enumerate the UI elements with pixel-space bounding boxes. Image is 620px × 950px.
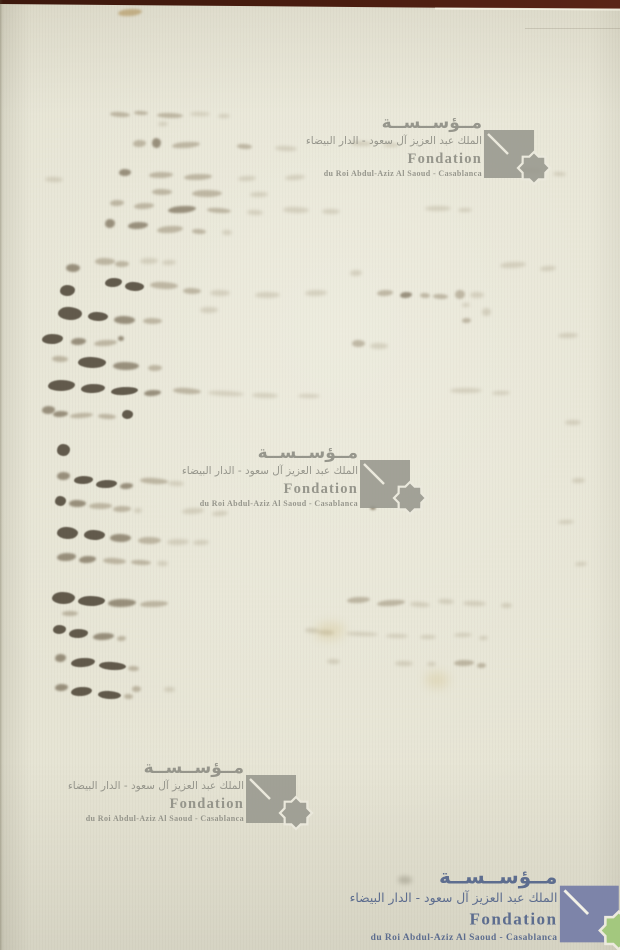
ink-mark: [164, 687, 175, 692]
ink-mark: [115, 261, 129, 267]
ink-mark: [238, 176, 256, 182]
ink-mark: [298, 394, 320, 398]
ink-mark: [134, 508, 142, 513]
ink-mark: [124, 694, 133, 699]
ink-mark: [420, 293, 430, 299]
ink-mark: [479, 636, 488, 640]
ink-mark: [327, 659, 340, 664]
ink-mark: [450, 388, 482, 393]
ink-mark: [119, 169, 131, 176]
ink-mark: [255, 292, 280, 298]
ink-mark: [558, 520, 574, 525]
watermark-text-block: مــؤســســة الملك عبد العزيز آل سعود - ا…: [190, 445, 358, 508]
watermark-french-title: Fondation: [190, 481, 358, 498]
ink-mark: [66, 264, 80, 272]
ink-mark: [386, 634, 408, 638]
watermark-arabic-title: مــؤســســة: [359, 868, 557, 889]
ink-mark: [105, 219, 115, 228]
ink-mark: [420, 635, 436, 639]
ink-mark: [52, 356, 68, 363]
ink-mark: [117, 636, 126, 642]
ink-mark: [98, 690, 122, 700]
ink-mark: [55, 684, 68, 692]
ink-mark: [110, 111, 130, 117]
ink-mark: [463, 601, 486, 607]
watermark-text-block: مــؤســســة الملك عبد العزيز آل سعود - ا…: [76, 760, 244, 823]
ink-mark: [138, 537, 161, 544]
ink-mark: [492, 391, 510, 395]
ink-mark: [144, 389, 161, 396]
ink-mark: [400, 292, 412, 299]
foundation-watermark-middle: مــؤســســة الملك عبد العزيز آل سعود - ا…: [190, 445, 428, 520]
ink-mark: [152, 138, 162, 148]
ink-mark: [424, 671, 449, 689]
ink-mark: [150, 281, 178, 289]
ink-mark: [168, 205, 196, 214]
ink-mark: [173, 387, 201, 395]
ink-mark: [157, 225, 183, 234]
ink-mark: [134, 202, 154, 209]
ink-mark: [113, 506, 131, 512]
ink-mark: [275, 145, 297, 151]
ink-mark: [125, 281, 145, 291]
ink-mark: [347, 596, 370, 603]
ink-mark: [93, 632, 114, 640]
ink-mark: [572, 478, 585, 483]
ink-mark: [210, 290, 230, 296]
watermark-arabic-subtitle: الملك عبد العزيز آل سعود - الدار البيضاء: [190, 465, 358, 478]
ink-mark: [71, 686, 93, 696]
ink-mark: [140, 258, 158, 264]
ink-mark: [53, 411, 68, 418]
watermark-arabic-title: مــؤســســة: [76, 760, 244, 778]
ink-mark: [52, 592, 75, 604]
ink-mark: [95, 258, 115, 265]
ink-mark: [157, 113, 183, 119]
ink-mark: [192, 190, 222, 197]
ink-mark: [458, 208, 472, 212]
ink-mark: [200, 307, 218, 313]
ink-mark: [118, 336, 124, 341]
ink-mark: [454, 633, 472, 637]
watermark-arabic-title: مــؤســســة: [190, 445, 358, 463]
ink-mark: [131, 559, 151, 565]
ink-mark: [89, 503, 112, 509]
foundation-watermark-bottom-right: مــؤســســة الملك عبد العزيز آل سعود - ا…: [359, 868, 620, 950]
ink-mark: [140, 601, 168, 608]
ink-mark: [96, 479, 117, 488]
watermark-french-subtitle: du Roi Abdul-Aziz Al Saoud - Casablanca: [314, 169, 482, 178]
foundation-watermark-bottom-left: مــؤســســة الملك عبد العزيز آل سعود - ا…: [76, 760, 314, 835]
watermark-french-subtitle: du Roi Abdul-Aziz Al Saoud - Casablanca: [359, 931, 557, 942]
ink-mark: [78, 357, 106, 369]
ink-mark: [237, 143, 252, 149]
watermark-text-block: مــؤســســة الملك عبد العزيز آل سعود - ا…: [314, 115, 482, 178]
ink-mark: [105, 277, 123, 287]
ink-mark: [540, 265, 556, 271]
ink-mark: [71, 338, 86, 346]
ink-mark: [438, 599, 454, 605]
foundation-logo-icon: [246, 773, 314, 835]
foundation-logo-icon: [360, 458, 428, 520]
watermark-french-title: Fondation: [76, 796, 244, 813]
ink-mark: [132, 686, 141, 692]
ink-mark: [501, 603, 512, 608]
ink-mark: [193, 540, 209, 546]
ink-mark: [134, 111, 148, 116]
ink-mark: [455, 290, 465, 299]
ink-mark: [128, 666, 139, 672]
ink-mark: [207, 207, 231, 214]
foundation-logo-icon: [560, 883, 620, 950]
ink-mark: [81, 384, 105, 394]
ink-mark: [162, 260, 176, 265]
ink-mark: [433, 294, 448, 300]
ink-mark: [98, 413, 116, 419]
ink-mark: [111, 386, 138, 395]
ink-mark: [184, 174, 212, 181]
ink-mark: [377, 290, 393, 297]
ink-mark: [57, 526, 79, 539]
watermark-arabic-subtitle: الملك عبد العزيز آل سعود - الدار البيضاء: [314, 135, 482, 148]
ink-mark: [149, 172, 173, 178]
ink-mark: [190, 112, 210, 116]
ink-mark: [222, 230, 232, 236]
ink-mark: [500, 261, 526, 268]
ink-mark: [427, 662, 436, 666]
watermark-french-title: Fondation: [314, 151, 482, 168]
ink-mark: [71, 657, 96, 668]
watermark-text-block: مــؤســســة الملك عبد العزيز آل سعود - ا…: [359, 868, 557, 942]
ink-mark: [148, 365, 162, 371]
ink-mark: [410, 601, 430, 607]
ink-mark: [114, 316, 135, 325]
ink-mark: [470, 292, 484, 298]
ink-mark: [69, 629, 88, 639]
ink-mark: [250, 192, 268, 197]
ink-mark: [113, 362, 139, 370]
ink-mark: [462, 303, 470, 307]
ink-mark: [60, 285, 76, 297]
ink-mark: [167, 539, 189, 545]
ink-mark: [285, 174, 305, 180]
ink-mark: [314, 621, 345, 641]
ink-mark: [57, 472, 70, 480]
ink-mark: [78, 596, 105, 606]
ink-mark: [183, 288, 201, 295]
ink-mark: [120, 483, 133, 490]
ink-mark: [58, 306, 83, 321]
ink-mark: [128, 221, 148, 229]
ink-mark: [45, 177, 63, 183]
ink-mark: [84, 530, 105, 541]
ink-mark: [157, 561, 168, 566]
ink-mark: [454, 660, 474, 666]
ink-mark: [108, 599, 136, 607]
watermark-french-subtitle: du Roi Abdul-Aziz Al Saoud - Casablanca: [190, 499, 358, 508]
ink-mark: [322, 209, 340, 214]
ink-mark: [62, 611, 78, 616]
ink-mark: [118, 8, 142, 17]
ink-mark: [57, 553, 76, 562]
ink-mark: [143, 318, 162, 324]
foundation-logo-icon: [484, 128, 552, 190]
ink-mark: [370, 343, 388, 349]
ink-mark: [192, 229, 206, 235]
ink-mark: [247, 210, 263, 216]
ink-mark: [283, 207, 309, 214]
ink-mark: [158, 122, 168, 126]
ink-mark: [477, 663, 486, 668]
ink-mark: [252, 393, 278, 399]
ink-mark: [208, 390, 244, 397]
ink-mark: [55, 654, 66, 663]
ink-mark: [553, 172, 566, 177]
ink-mark: [482, 308, 491, 316]
ink-mark: [133, 140, 146, 147]
ink-mark: [94, 339, 117, 347]
foundation-watermark-top: مــؤســســة الملك عبد العزيز آل سعود - ا…: [314, 115, 552, 190]
ink-mark: [140, 477, 168, 485]
ink-mark: [218, 114, 230, 118]
watermark-french-subtitle: du Roi Abdul-Aziz Al Saoud - Casablanca: [76, 814, 244, 823]
ink-mark: [69, 500, 86, 507]
watermark-arabic-subtitle: الملك عبد العزيز آل سعود - الدار البيضاء: [359, 891, 557, 906]
ink-mark: [88, 311, 108, 321]
ink-mark: [425, 206, 451, 211]
ink-mark: [53, 625, 66, 634]
ink-mark: [55, 496, 66, 506]
ink-mark: [558, 333, 578, 338]
manuscript-page: مــؤســســة الملك عبد العزيز آل سعود - ا…: [0, 0, 620, 950]
ink-mark: [57, 444, 70, 456]
ink-mark: [377, 599, 405, 607]
ink-mark: [110, 200, 124, 206]
ink-mark: [42, 334, 63, 345]
ink-mark: [305, 290, 327, 296]
ink-mark: [462, 318, 471, 323]
ink-mark: [152, 189, 172, 195]
ink-mark: [395, 661, 413, 666]
watermark-arabic-title: مــؤســســة: [314, 115, 482, 133]
ink-mark: [346, 631, 378, 636]
ink-mark: [565, 420, 581, 425]
ink-mark: [110, 534, 131, 542]
ink-mark: [168, 481, 184, 487]
ink-mark: [48, 380, 75, 391]
ink-mark: [352, 340, 365, 347]
watermark-french-title: Fondation: [359, 910, 557, 930]
ink-mark: [70, 412, 93, 419]
ink-mark: [350, 270, 362, 276]
ink-mark: [74, 476, 93, 485]
ink-mark: [122, 410, 133, 420]
ink-mark: [99, 661, 126, 671]
ink-mark: [575, 562, 587, 567]
ink-mark: [172, 141, 200, 149]
ink-mark: [103, 557, 126, 565]
watermark-arabic-subtitle: الملك عبد العزيز آل سعود - الدار البيضاء: [76, 780, 244, 793]
ink-mark: [79, 555, 96, 563]
